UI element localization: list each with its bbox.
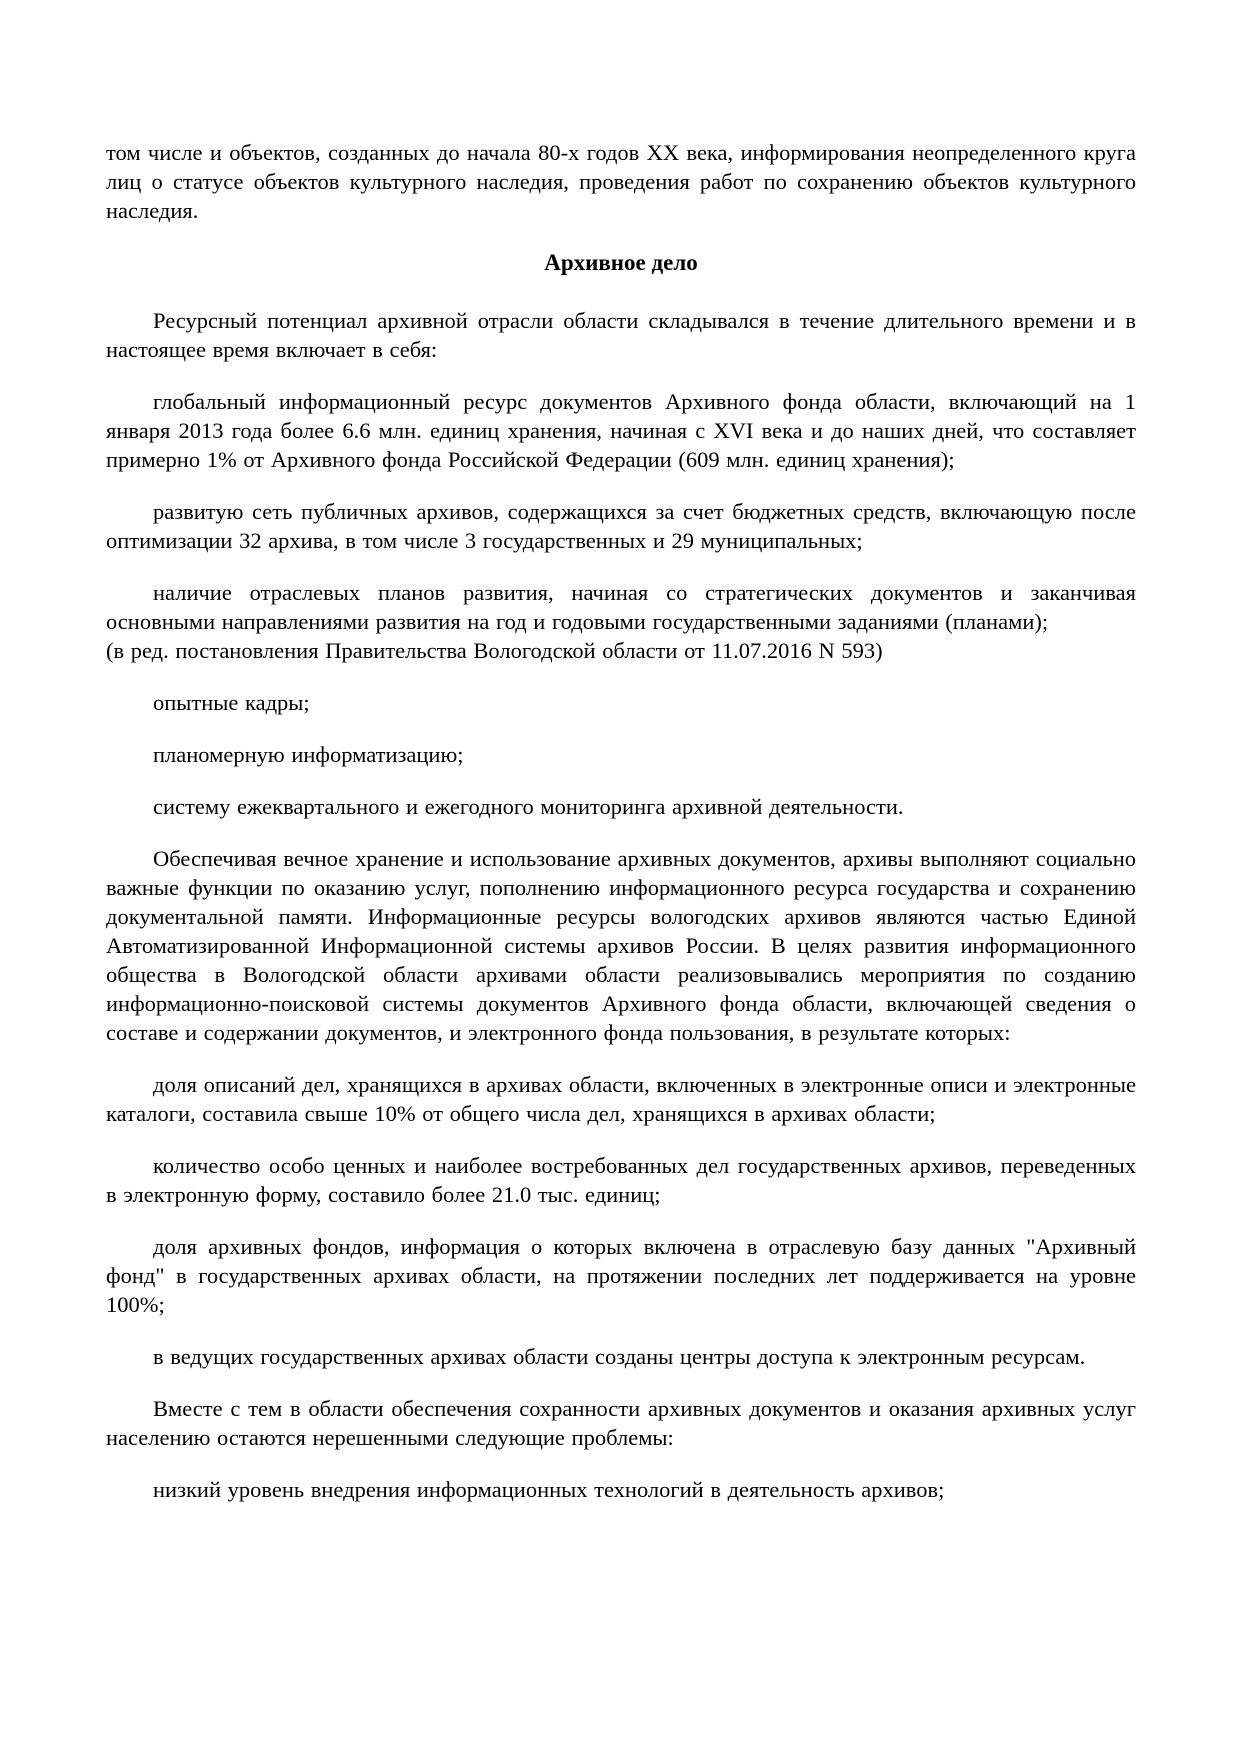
paragraph: Обеспечивая вечное хранение и использова… — [106, 844, 1136, 1047]
paragraph: в ведущих государственных архивах област… — [106, 1342, 1136, 1371]
paragraph-continuation: том числе и объектов, созданных до начал… — [106, 138, 1136, 225]
paragraph: развитую сеть публичных архивов, содержа… — [106, 497, 1136, 555]
paragraph: низкий уровень внедрения информационных … — [106, 1475, 1136, 1504]
section-heading: Архивное дело — [106, 248, 1136, 277]
paragraph: доля описаний дел, хранящихся в архивах … — [106, 1070, 1136, 1128]
paragraph: планомерную информатизацию; — [106, 740, 1136, 769]
paragraph: количество особо ценных и наиболее востр… — [106, 1151, 1136, 1209]
paragraph: систему ежеквартального и ежегодного мон… — [106, 792, 1136, 821]
amendment-note: (в ред. постановления Правительства Воло… — [106, 636, 1136, 665]
paragraph: доля архивных фондов, информация о котор… — [106, 1232, 1136, 1319]
paragraph: Вместе с тем в области обеспечения сохра… — [106, 1394, 1136, 1452]
paragraph: Ресурсный потенциал архивной отрасли обл… — [106, 306, 1136, 364]
paragraph: глобальный информационный ресурс докумен… — [106, 387, 1136, 474]
document-page: том числе и объектов, созданных до начал… — [0, 0, 1240, 1754]
paragraph: наличие отраслевых планов развития, начи… — [106, 578, 1136, 636]
paragraph: опытные кадры; — [106, 688, 1136, 717]
